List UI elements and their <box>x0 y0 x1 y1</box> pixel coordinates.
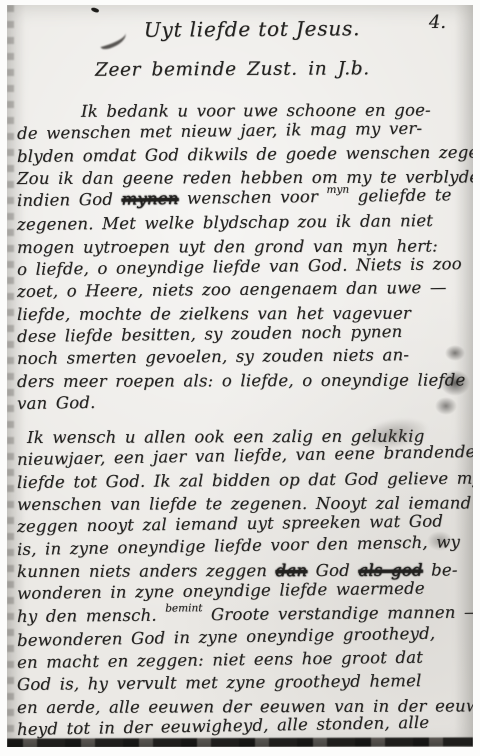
manuscript-scan: Uyt liefde tot Jesus. 4. Zeer beminde Zu… <box>7 5 473 747</box>
line-text: indien God <box>17 190 122 210</box>
line-text: God <box>307 561 358 580</box>
line-text: liefde tot God. Ik zal bidden op dat God… <box>17 468 473 492</box>
handwritten-line: liefde tot God. Ik zal bidden op dat God… <box>17 467 469 494</box>
page-number: 4. <box>429 12 446 33</box>
line-text: zoet, o Heere, niets zoo aengenaem dan u… <box>17 278 447 301</box>
struck-out-word: dan <box>276 561 308 580</box>
ink-blot <box>445 345 465 361</box>
line-text: Groote verstandige mannen — <box>202 602 473 624</box>
salutation: Zeer beminde Zust. in J.b. <box>95 58 370 80</box>
handwritten-line: wonderen in zyne oneyndige liefde waerme… <box>17 577 469 605</box>
screenshot-root: { "colors": { "paper": "#ebe9e5", "ink":… <box>0 0 480 756</box>
ink-blot <box>440 370 470 396</box>
ink-smear <box>427 531 453 551</box>
paragraph: Ik wensch u allen ook een zalig en geluk… <box>17 427 469 741</box>
line-text: blyden omdat God dikwils de goede wensch… <box>17 142 473 166</box>
handwritten-line: blyden omdat God dikwils de goede wensch… <box>17 141 469 168</box>
line-text: o liefde, o oneyndige liefde van God. Ni… <box>17 254 462 279</box>
handwritten-line: God is, hy vervult met zyne grootheyd he… <box>17 670 469 697</box>
ink-blot <box>435 397 457 415</box>
handwritten-line: zegenen. Met welke blydschap zou ik dan … <box>17 210 469 237</box>
line-text: geliefde te <box>349 185 452 205</box>
paragraph: Ik bedank u voor uwe schoone en goe-de w… <box>17 101 469 415</box>
line-text: de wenschen met nieuw jaer, ik mag my ve… <box>17 119 422 143</box>
struck-out-word: mynen <box>121 189 178 209</box>
ink-fleck <box>91 7 100 14</box>
inserted-word: bemint <box>165 597 202 620</box>
line-text: God is, hy vervult met zyne grootheyd he… <box>17 672 422 695</box>
handwritten-line: noch smerten gevoelen, sy zouden niets a… <box>17 344 469 371</box>
line-text: hy den mensch. <box>17 605 165 625</box>
line-text: van God. <box>17 393 96 413</box>
handwritten-line: van God. <box>17 387 469 415</box>
line-text: zegenen. Met welke blydschap zou ik dan … <box>17 211 433 234</box>
line-text: kunnen niets anders zeggen <box>17 561 276 581</box>
line-text: wenschen voor <box>178 187 326 208</box>
handwritten-line: zoet, o Heere, niets zoo aengenaem dan u… <box>17 277 469 304</box>
line-text: wonderen in zyne oneyndige liefde waerme… <box>17 579 425 603</box>
line-text: dese liefde besitten, sy zouden noch pyn… <box>17 322 403 346</box>
line-text: en macht en zeggen: niet eens hoe groot … <box>17 648 423 672</box>
paper-bottom-edge <box>7 737 473 747</box>
paper-left-edge <box>7 5 14 747</box>
inserted-word: myn <box>326 179 349 202</box>
line-text: noch smerten gevoelen, sy zouden niets a… <box>17 346 409 369</box>
